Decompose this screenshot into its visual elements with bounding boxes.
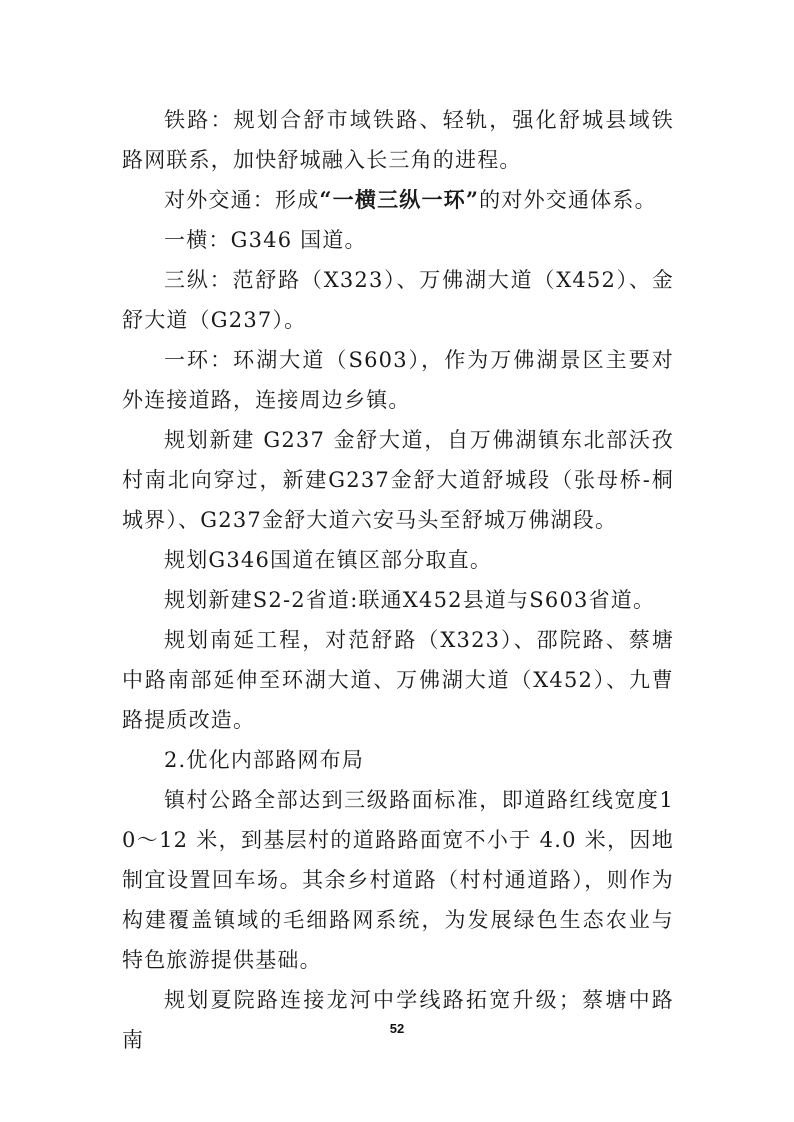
- external-traffic-emphasis: “一横三纵一环”: [319, 187, 479, 212]
- document-page: 铁路：规划合舒市域铁路、轻轨，强化舒城县域铁路网联系，加快舒城融入长三角的进程。…: [0, 0, 794, 1122]
- body-text: 铁路：规划合舒市域铁路、轻轨，强化舒城县域铁路网联系，加快舒城融入长三角的进程。…: [122, 100, 674, 1060]
- paragraph-three-vertical: 三纵：范舒路（X323）、万佛湖大道（X452）、金舒大道（G237）。: [122, 260, 674, 340]
- paragraph-g237-plan: 规划新建 G237 金舒大道，自万佛湖镇东北部沃孜村南北向穿过，新建G237金舒…: [122, 420, 674, 540]
- paragraph-railway: 铁路：规划合舒市域铁路、轻轨，强化舒城县域铁路网联系，加快舒城融入长三角的进程。: [122, 100, 674, 180]
- external-traffic-suffix: 的对外交通体系。: [479, 188, 657, 212]
- paragraph-s2-2-plan: 规划新建S2-2省道:联通X452县道与S603省道。: [122, 580, 674, 620]
- page-number: 52: [0, 1021, 794, 1036]
- paragraph-g346-plan: 规划G346国道在镇区部分取直。: [122, 540, 674, 580]
- paragraph-south-extension: 规划南延工程，对范舒路（X323）、邵院路、蔡塘中路南部延伸至环湖大道、万佛湖大…: [122, 620, 674, 740]
- paragraph-xiayuan-road: 规划夏院路连接龙河中学线路拓宽升级；蔡塘中路南: [122, 980, 674, 1060]
- external-traffic-prefix: 对外交通：形成: [164, 188, 319, 212]
- section-heading-internal-network: 2.优化内部路网布局: [122, 740, 674, 780]
- paragraph-external-traffic: 对外交通：形成“一横三纵一环”的对外交通体系。: [122, 180, 674, 220]
- paragraph-one-ring: 一环：环湖大道（S603），作为万佛湖景区主要对外连接道路，连接周边乡镇。: [122, 340, 674, 420]
- paragraph-one-horizontal: 一横：G346 国道。: [122, 220, 674, 260]
- paragraph-village-roads: 镇村公路全部达到三级路面标准，即道路红线宽度10～12 米，到基层村的道路路面宽…: [122, 780, 674, 980]
